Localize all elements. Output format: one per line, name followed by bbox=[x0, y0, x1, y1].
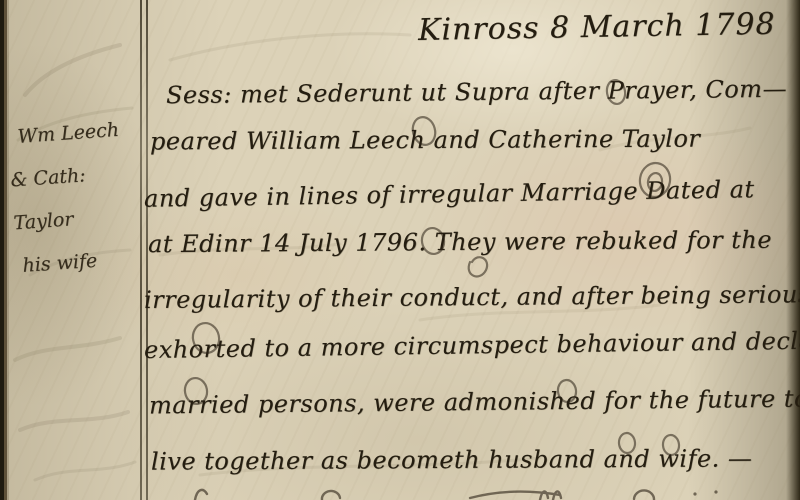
body-line: irregularity of their conduct, and after… bbox=[144, 280, 800, 314]
body-line: live together as becometh husband and wi… bbox=[151, 444, 753, 475]
margin-note: Wm Leech & Cath: Taylor his wife bbox=[6, 108, 146, 289]
entry-heading-text: Kinross 8 March 1798 bbox=[418, 7, 776, 48]
margin-note-relation: his wife bbox=[15, 236, 146, 288]
body-line: and gave in lines of irregular Marriage … bbox=[144, 175, 755, 213]
body-line: at Edinr 14 July 1796. They were rebuked… bbox=[148, 226, 772, 258]
body-line: peared William Leech and Catherine Taylo… bbox=[150, 125, 700, 156]
margin-note-name-1: Wm Leech bbox=[6, 108, 137, 160]
entry-heading: Kinross 8 March 1798 bbox=[418, 7, 759, 48]
page-left-edge bbox=[0, 0, 9, 500]
margin-note-name-2: & Cath: Taylor bbox=[9, 151, 143, 246]
body-line: married persons, were admonished for the… bbox=[149, 385, 800, 420]
body-line: Sess: met Sederunt ut Supra after Prayer… bbox=[166, 75, 787, 110]
page-right-edge bbox=[786, 0, 800, 500]
body-line: exhorted to a more circumspect behaviour… bbox=[144, 326, 800, 364]
register-page-scan: Kinross 8 March 1798 Wm Leech & Cath: Ta… bbox=[0, 0, 800, 500]
